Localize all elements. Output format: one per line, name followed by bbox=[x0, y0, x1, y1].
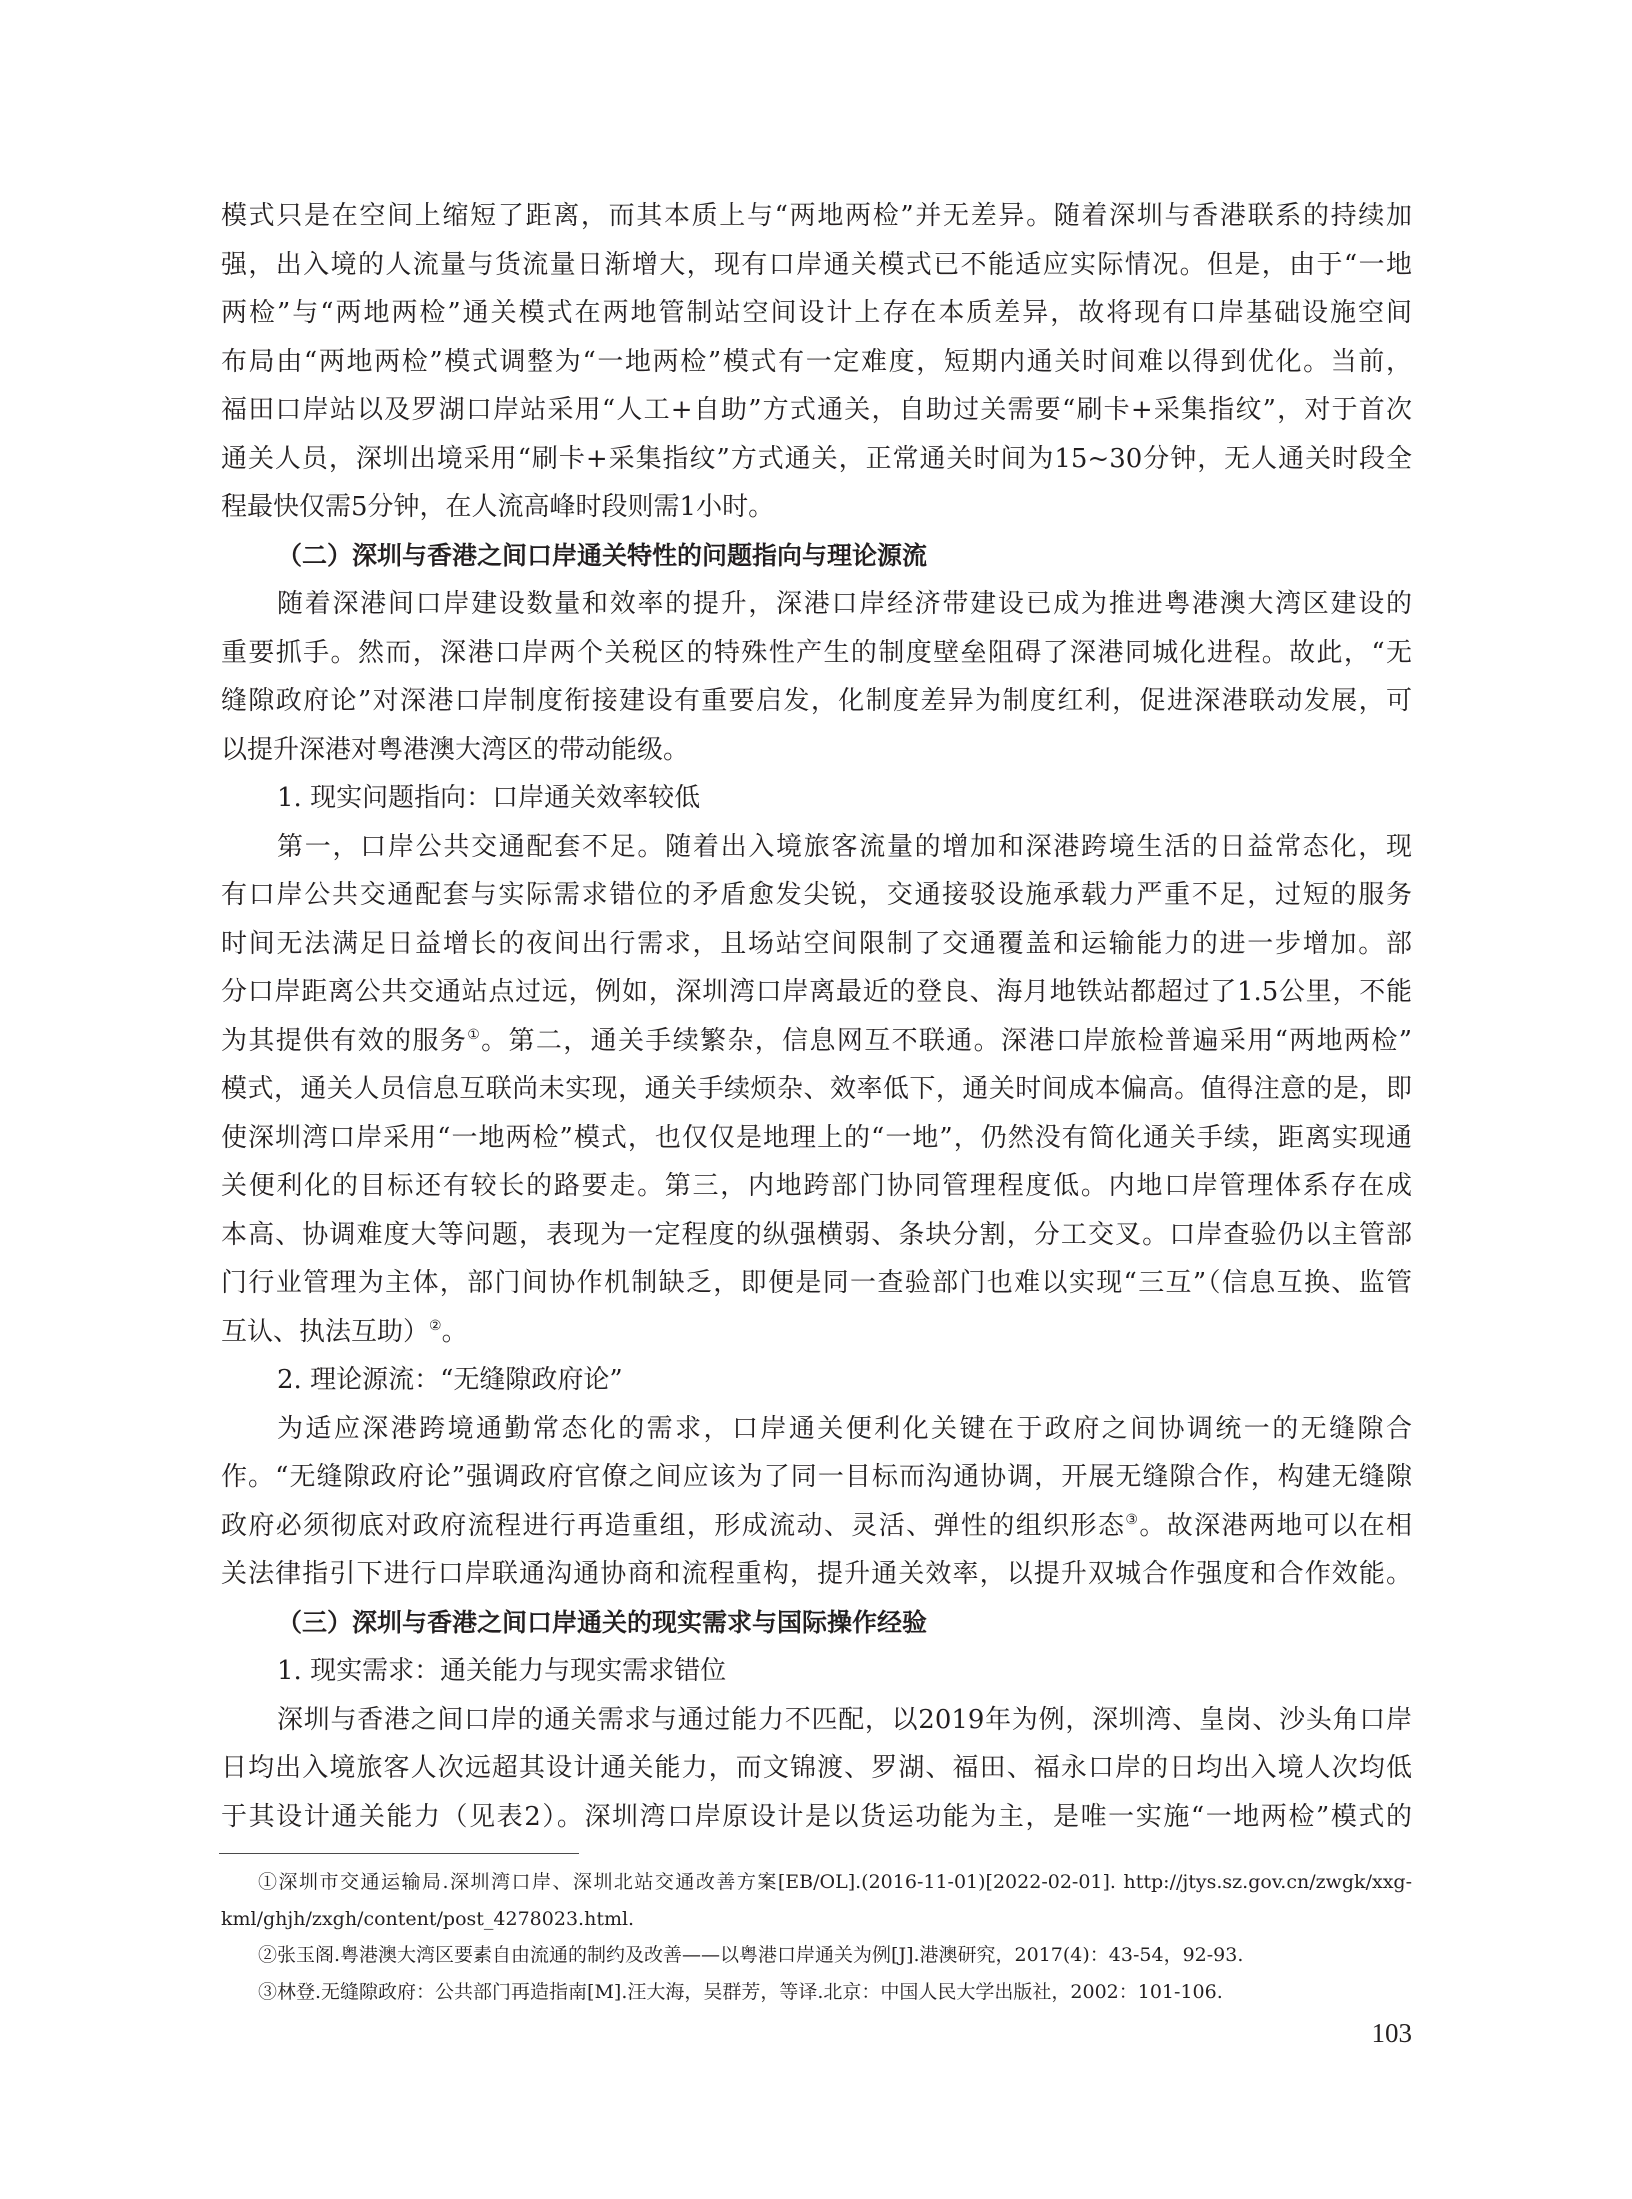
footnote-2: ②张玉阁.粤港澳大湾区要素自由流通的制约及改善——以粤港口岸通关为例[J].港澳… bbox=[221, 1937, 1412, 1974]
paragraph-line: 随着深港间口岸建设数量和效率的提升，深港口岸经济带建设已成为推进粤港澳大湾区建设… bbox=[221, 580, 1412, 629]
paragraph-line: 模式只是在空间上缩短了距离，而其本质上与“两地两检”并无差异。随着深圳与香港联系… bbox=[221, 192, 1412, 241]
paragraph-line: 为适应深港跨境通勤常态化的需求，口岸通关便利化关键在于政府之间协调统一的无缝隙合 bbox=[221, 1405, 1412, 1454]
paragraph-line: 以提升深港对粤港澳大湾区的带动能级。 bbox=[221, 726, 1412, 775]
footnote-1: ①深圳市交通运输局.深圳湾口岸、深圳北站交通改善方案[EB/OL].(2016-… bbox=[221, 1864, 1412, 1901]
paragraph-line: 布局由“两地两检”模式调整为“一地两检”模式有一定难度，短期内通关时间难以得到优… bbox=[221, 338, 1412, 387]
paragraph-line: 程最快仅需5分钟，在人流高峰时段则需1小时。 bbox=[221, 483, 1412, 532]
paragraph-line: 门行业管理为主体，部门间协作机制缺乏，即便是同一查验部门也难以实现“三互”（信息… bbox=[221, 1259, 1412, 1308]
paragraph-line: 日均出入境旅客人次远超其设计通关能力，而文锦渡、罗湖、福田、福永口岸的日均出入境… bbox=[221, 1744, 1412, 1793]
subheading-2-2: 2. 理论源流：“无缝隙政府论” bbox=[221, 1356, 1412, 1405]
paragraph-line-with-footnote: 为其提供有效的服务①。第二，通关手续繁杂，信息网互不联通。深港口岸旅检普遍采用“… bbox=[221, 1017, 1412, 1066]
paragraph-line: 福田口岸站以及罗湖口岸站采用“人工+自助”方式通关，自助过关需要“刷卡+采集指纹… bbox=[221, 386, 1412, 435]
paragraph-line: 有口岸公共交通配套与实际需求错位的矛盾愈发尖锐，交通接驳设施承载力严重不足，过短… bbox=[221, 871, 1412, 920]
footnotes: ①深圳市交通运输局.深圳湾口岸、深圳北站交通改善方案[EB/OL].(2016-… bbox=[221, 1864, 1412, 2010]
footnote-ref-1[interactable]: ① bbox=[467, 1027, 481, 1043]
footnote-ref-3[interactable]: ③ bbox=[1125, 1512, 1139, 1528]
footnote-3: ③林登.无缝隙政府：公共部门再造指南[M].汪大海，吴群芳，等译.北京：中国人民… bbox=[221, 1974, 1412, 2011]
paper-page: 模式只是在空间上缩短了距离，而其本质上与“两地两检”并无差异。随着深圳与香港联系… bbox=[0, 0, 1632, 2199]
line-text: 互认、执法互助） bbox=[221, 1317, 429, 1347]
paragraph-line: 关便利化的目标还有较长的路要走。第三，内地跨部门协同管理程度低。内地口岸管理体系… bbox=[221, 1162, 1412, 1211]
paragraph-line: 第一，口岸公共交通配套不足。随着出入境旅客流量的增加和深港跨境生活的日益常态化，… bbox=[221, 823, 1412, 872]
paragraph-line: 通关人员，深圳出境采用“刷卡+采集指纹”方式通关，正常通关时间为15~30分钟，… bbox=[221, 435, 1412, 484]
paragraph-line: 于其设计通关能力（见表2）。深圳湾口岸原设计是以货运功能为主，是唯一实施“一地两… bbox=[221, 1793, 1412, 1842]
paragraph-line-with-footnote: 互认、执法互助）②。 bbox=[221, 1308, 1412, 1357]
footnote-ref-2[interactable]: ② bbox=[429, 1318, 442, 1334]
line-text-after: 。 bbox=[442, 1317, 468, 1347]
paragraph-line: 深圳与香港之间口岸的通关需求与通过能力不匹配，以2019年为例，深圳湾、皇岗、沙… bbox=[221, 1696, 1412, 1745]
line-text: 为其提供有效的服务 bbox=[221, 1026, 467, 1056]
line-text-after: 。故深港两地可以在相 bbox=[1139, 1511, 1412, 1541]
footnote-divider bbox=[219, 1853, 579, 1854]
paragraph-line-with-footnote: 政府必须彻底对政府流程进行再造重组，形成流动、灵活、弹性的组织形态③。故深港两地… bbox=[221, 1502, 1412, 1551]
section-heading-3: （三）深圳与香港之间口岸通关的现实需求与国际操作经验 bbox=[221, 1599, 1412, 1648]
line-text-after: 。第二，通关手续繁杂，信息网互不联通。深港口岸旅检普遍采用“两地两检” bbox=[481, 1026, 1412, 1056]
paragraph-line: 时间无法满足日益增长的夜间出行需求，且场站空间限制了交通覆盖和运输能力的进一步增… bbox=[221, 920, 1412, 969]
page-number: 103 bbox=[1360, 2018, 1412, 2049]
section-heading-2: （二）深圳与香港之间口岸通关特性的问题指向与理论源流 bbox=[221, 532, 1412, 581]
paragraph-line: 使深圳湾口岸采用“一地两检”模式，也仅仅是地理上的“一地”，仍然没有简化通关手续… bbox=[221, 1114, 1412, 1163]
paragraph-line: 缝隙政府论”对深港口岸制度衔接建设有重要启发，化制度差异为制度红利，促进深港联动… bbox=[221, 677, 1412, 726]
subheading-3-1: 1. 现实需求：通关能力与现实需求错位 bbox=[221, 1647, 1412, 1696]
body-text: 模式只是在空间上缩短了距离，而其本质上与“两地两检”并无差异。随着深圳与香港联系… bbox=[221, 192, 1412, 1841]
footnote-1-continued: kml/ghjh/zxgh/content/post_4278023.html. bbox=[221, 1901, 1412, 1938]
subheading-2-1: 1. 现实问题指向：口岸通关效率较低 bbox=[221, 774, 1412, 823]
paragraph-line: 分口岸距离公共交通站点过远，例如，深圳湾口岸离最近的登良、海月地铁站都超过了1.… bbox=[221, 968, 1412, 1017]
paragraph-line: 本高、协调难度大等问题，表现为一定程度的纵强横弱、条块分割，分工交叉。口岸查验仍… bbox=[221, 1211, 1412, 1260]
line-text: 政府必须彻底对政府流程进行再造重组，形成流动、灵活、弹性的组织形态 bbox=[221, 1511, 1125, 1541]
paragraph-line: 模式，通关人员信息互联尚未实现，通关手续烦杂、效率低下，通关时间成本偏高。值得注… bbox=[221, 1065, 1412, 1114]
paragraph-line: 两检”与“两地两检”通关模式在两地管制站空间设计上存在本质差异，故将现有口岸基础… bbox=[221, 289, 1412, 338]
paragraph-line: 作。“无缝隙政府论”强调政府官僚之间应该为了同一目标而沟通协调，开展无缝隙合作，… bbox=[221, 1453, 1412, 1502]
paragraph-line: 强，出入境的人流量与货流量日渐增大，现有口岸通关模式已不能适应实际情况。但是，由… bbox=[221, 241, 1412, 290]
paragraph-line: 关法律指引下进行口岸联通沟通协商和流程重构，提升通关效率，以提升双城合作强度和合… bbox=[221, 1550, 1412, 1599]
paragraph-line: 重要抓手。然而，深港口岸两个关税区的特殊性产生的制度壁垒阻碍了深港同城化进程。故… bbox=[221, 629, 1412, 678]
